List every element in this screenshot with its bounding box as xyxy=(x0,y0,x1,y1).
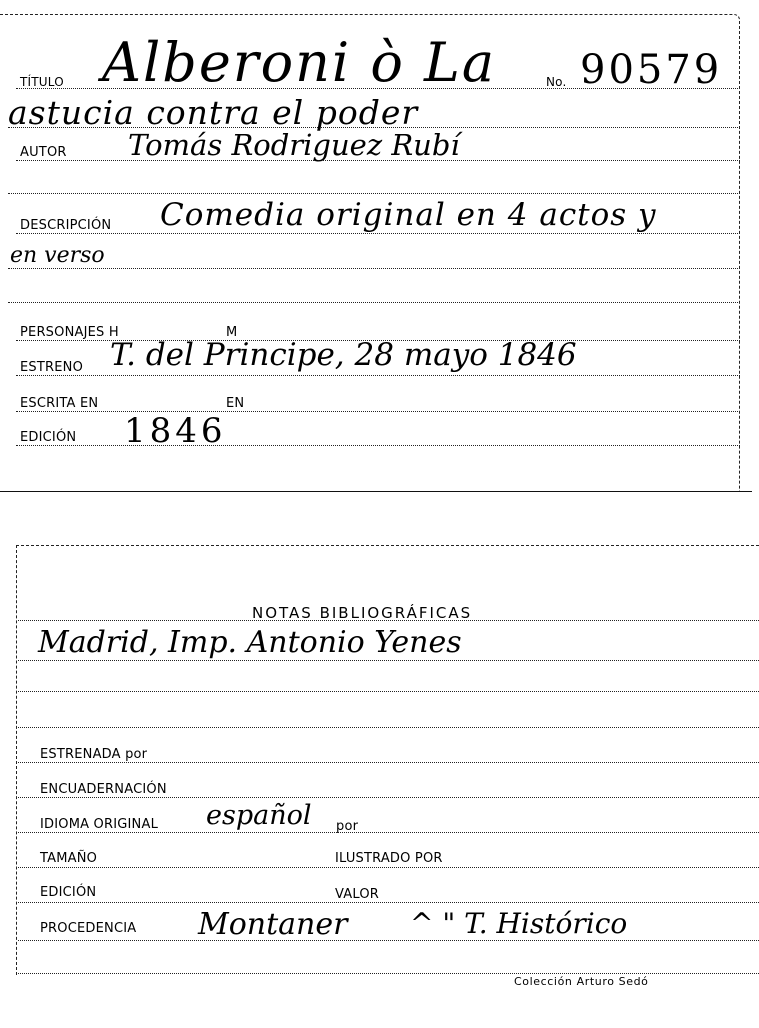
ilustrado-por-label: ILUSTRADO POR xyxy=(335,852,443,865)
catalog-number-prefix: No. xyxy=(546,76,567,88)
descripcion-value-line1: Comedia original en 4 actos y xyxy=(160,200,657,231)
notas-value: Madrid, Imp. Antonio Yenes xyxy=(38,628,462,658)
estreno-label: ESTRENO xyxy=(20,361,83,374)
catalog-number: 90579 xyxy=(580,50,722,90)
rule-line xyxy=(18,867,759,868)
rule-line xyxy=(8,193,740,194)
personajes-h-label: PERSONAJES H xyxy=(20,326,119,339)
rule-line xyxy=(16,375,740,376)
rule-line xyxy=(18,691,759,692)
rule-line xyxy=(18,762,759,763)
descripcion-label: DESCRIPCIÓN xyxy=(20,219,111,232)
notas-bibliograficas-heading: NOTAS BIBLIOGRÁFICAS xyxy=(252,604,472,622)
procedencia-value: Montaner xyxy=(198,910,347,940)
encuadernacion-label: ENCUADERNACIÓN xyxy=(40,783,167,796)
descripcion-value-line2: en verso xyxy=(10,245,105,267)
card-top-bottom-border xyxy=(0,491,752,492)
rule-line xyxy=(18,832,759,833)
titulo-value-line1: Alberoni ò La xyxy=(102,36,496,90)
tamano-label: TAMAÑO xyxy=(40,852,97,865)
rule-line xyxy=(18,973,759,974)
rule-line xyxy=(8,268,740,269)
rule-line xyxy=(18,660,759,661)
edicion-bottom-label: EDICIÓN xyxy=(40,886,96,899)
edicion-label: EDICIÓN xyxy=(20,431,76,444)
rule-line xyxy=(18,902,759,903)
escrita-en-label: ESCRITA EN xyxy=(20,397,98,410)
procedencia-label: PROCEDENCIA xyxy=(40,922,136,935)
idioma-original-label: IDIOMA ORIGINAL xyxy=(40,818,158,831)
idioma-original-value: español xyxy=(206,802,312,829)
estrenada-por-label: ESTRENADA por xyxy=(40,748,147,761)
titulo-label: TÍTULO xyxy=(20,76,64,88)
rule-line xyxy=(18,940,759,941)
valor-label: VALOR xyxy=(335,888,379,901)
collection-credit: Colección Arturo Sedó xyxy=(514,975,649,988)
escrita-en-second-label: EN xyxy=(226,397,244,410)
rule-line xyxy=(8,302,740,303)
rule-line xyxy=(16,233,740,234)
titulo-value-line2: astucia contra el poder xyxy=(8,96,418,129)
autor-value: Tomás Rodriguez Rubí xyxy=(128,131,460,160)
edicion-value: 1846 xyxy=(124,414,227,448)
estreno-value: T. del Principe, 28 mayo 1846 xyxy=(110,340,577,371)
procedencia-note: ^ " T. Histórico xyxy=(410,910,627,938)
rule-line xyxy=(18,797,759,798)
autor-label: AUTOR xyxy=(20,146,67,159)
rule-line xyxy=(18,727,759,728)
idioma-original-por-label: por xyxy=(336,820,358,833)
